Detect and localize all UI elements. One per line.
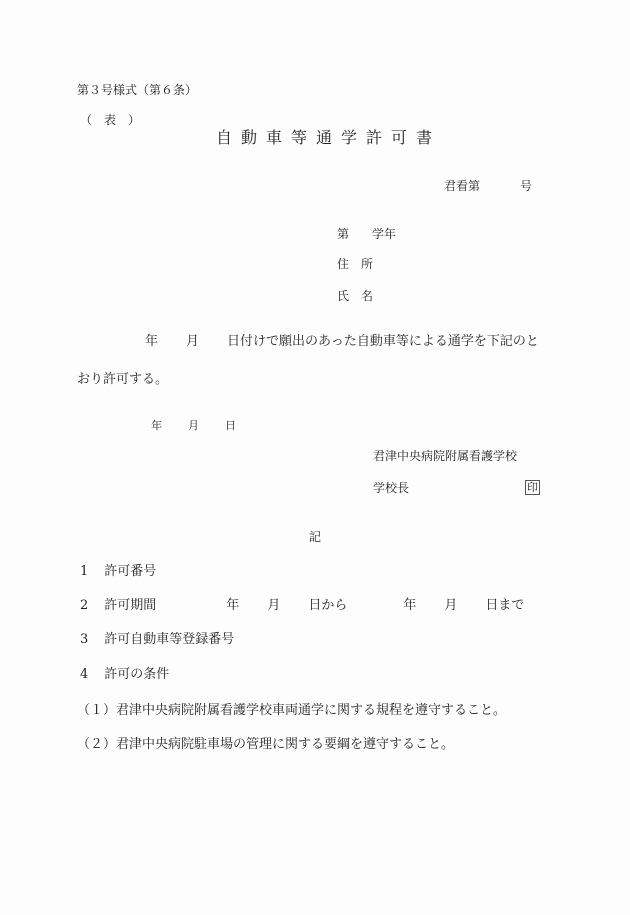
period-from-day: 日から bbox=[308, 598, 347, 613]
notes-heading: 記 bbox=[309, 531, 321, 543]
side-label: （ 表 ） bbox=[80, 114, 140, 126]
grade-field: 第学年 bbox=[337, 228, 396, 240]
body-month: 月 bbox=[186, 334, 199, 349]
note-label: 許可番号 bbox=[104, 564, 156, 579]
note-label: 許可期間 bbox=[104, 598, 156, 613]
seal-icon: 印 bbox=[525, 480, 540, 495]
issue-day: 日 bbox=[225, 419, 236, 432]
form-number: 第３号様式（第６条） bbox=[77, 84, 197, 96]
note-label: 許可の条件 bbox=[104, 667, 169, 682]
name-label: 氏 名 bbox=[337, 290, 373, 302]
note-number: 3 bbox=[80, 632, 88, 647]
condition-2: （２）君津中央病院駐車場の管理に関する要綱を遵守すること。 bbox=[77, 738, 454, 751]
body-text: 日付けで願出のあった自動車等による通学を下記のと bbox=[227, 334, 539, 349]
grade-prefix: 第 bbox=[337, 227, 349, 241]
period-to-year: 年 bbox=[403, 598, 416, 613]
seal-mark: 印 bbox=[525, 480, 540, 495]
reference-suffix: 号 bbox=[520, 179, 532, 193]
reference-prefix: 君看第 bbox=[444, 179, 480, 193]
period-from-month: 月 bbox=[267, 598, 280, 613]
body-year: 年 bbox=[145, 334, 158, 349]
period-from-year: 年 bbox=[226, 598, 239, 613]
issuer-title: 学校長 bbox=[373, 482, 409, 494]
note-number: 2 bbox=[80, 598, 88, 613]
note-item-2: 2許可期間年月日から年月日まで bbox=[80, 599, 524, 612]
note-label: 許可自動車等登録番号 bbox=[104, 632, 234, 647]
note-number: 1 bbox=[80, 564, 88, 579]
address-label: 住 所 bbox=[337, 258, 373, 270]
grade-suffix: 学年 bbox=[372, 227, 396, 241]
period-to-month: 月 bbox=[444, 598, 457, 613]
issue-date: 年月日 bbox=[151, 420, 236, 431]
reference-number: 君看第号 bbox=[444, 180, 532, 192]
body-line-1: 年月日付けで願出のあった自動車等による通学を下記のと bbox=[145, 335, 539, 348]
note-item-3: 3許可自動車等登録番号 bbox=[80, 633, 234, 646]
body-line-2: おり許可する。 bbox=[77, 373, 168, 386]
issue-year: 年 bbox=[151, 419, 162, 432]
issuer-school: 君津中央病院附属看護学校 bbox=[373, 450, 517, 462]
note-item-1: 1許可番号 bbox=[80, 565, 156, 578]
condition-1: （１）君津中央病院附属看護学校車両通学に関する規程を遵守すること。 bbox=[77, 704, 506, 717]
note-item-4: 4許可の条件 bbox=[80, 668, 169, 681]
note-number: 4 bbox=[80, 667, 88, 682]
period-to-day: 日まで bbox=[485, 598, 524, 613]
issue-month: 月 bbox=[188, 419, 199, 432]
page-title: 自動車等通学許可書 bbox=[216, 130, 441, 146]
